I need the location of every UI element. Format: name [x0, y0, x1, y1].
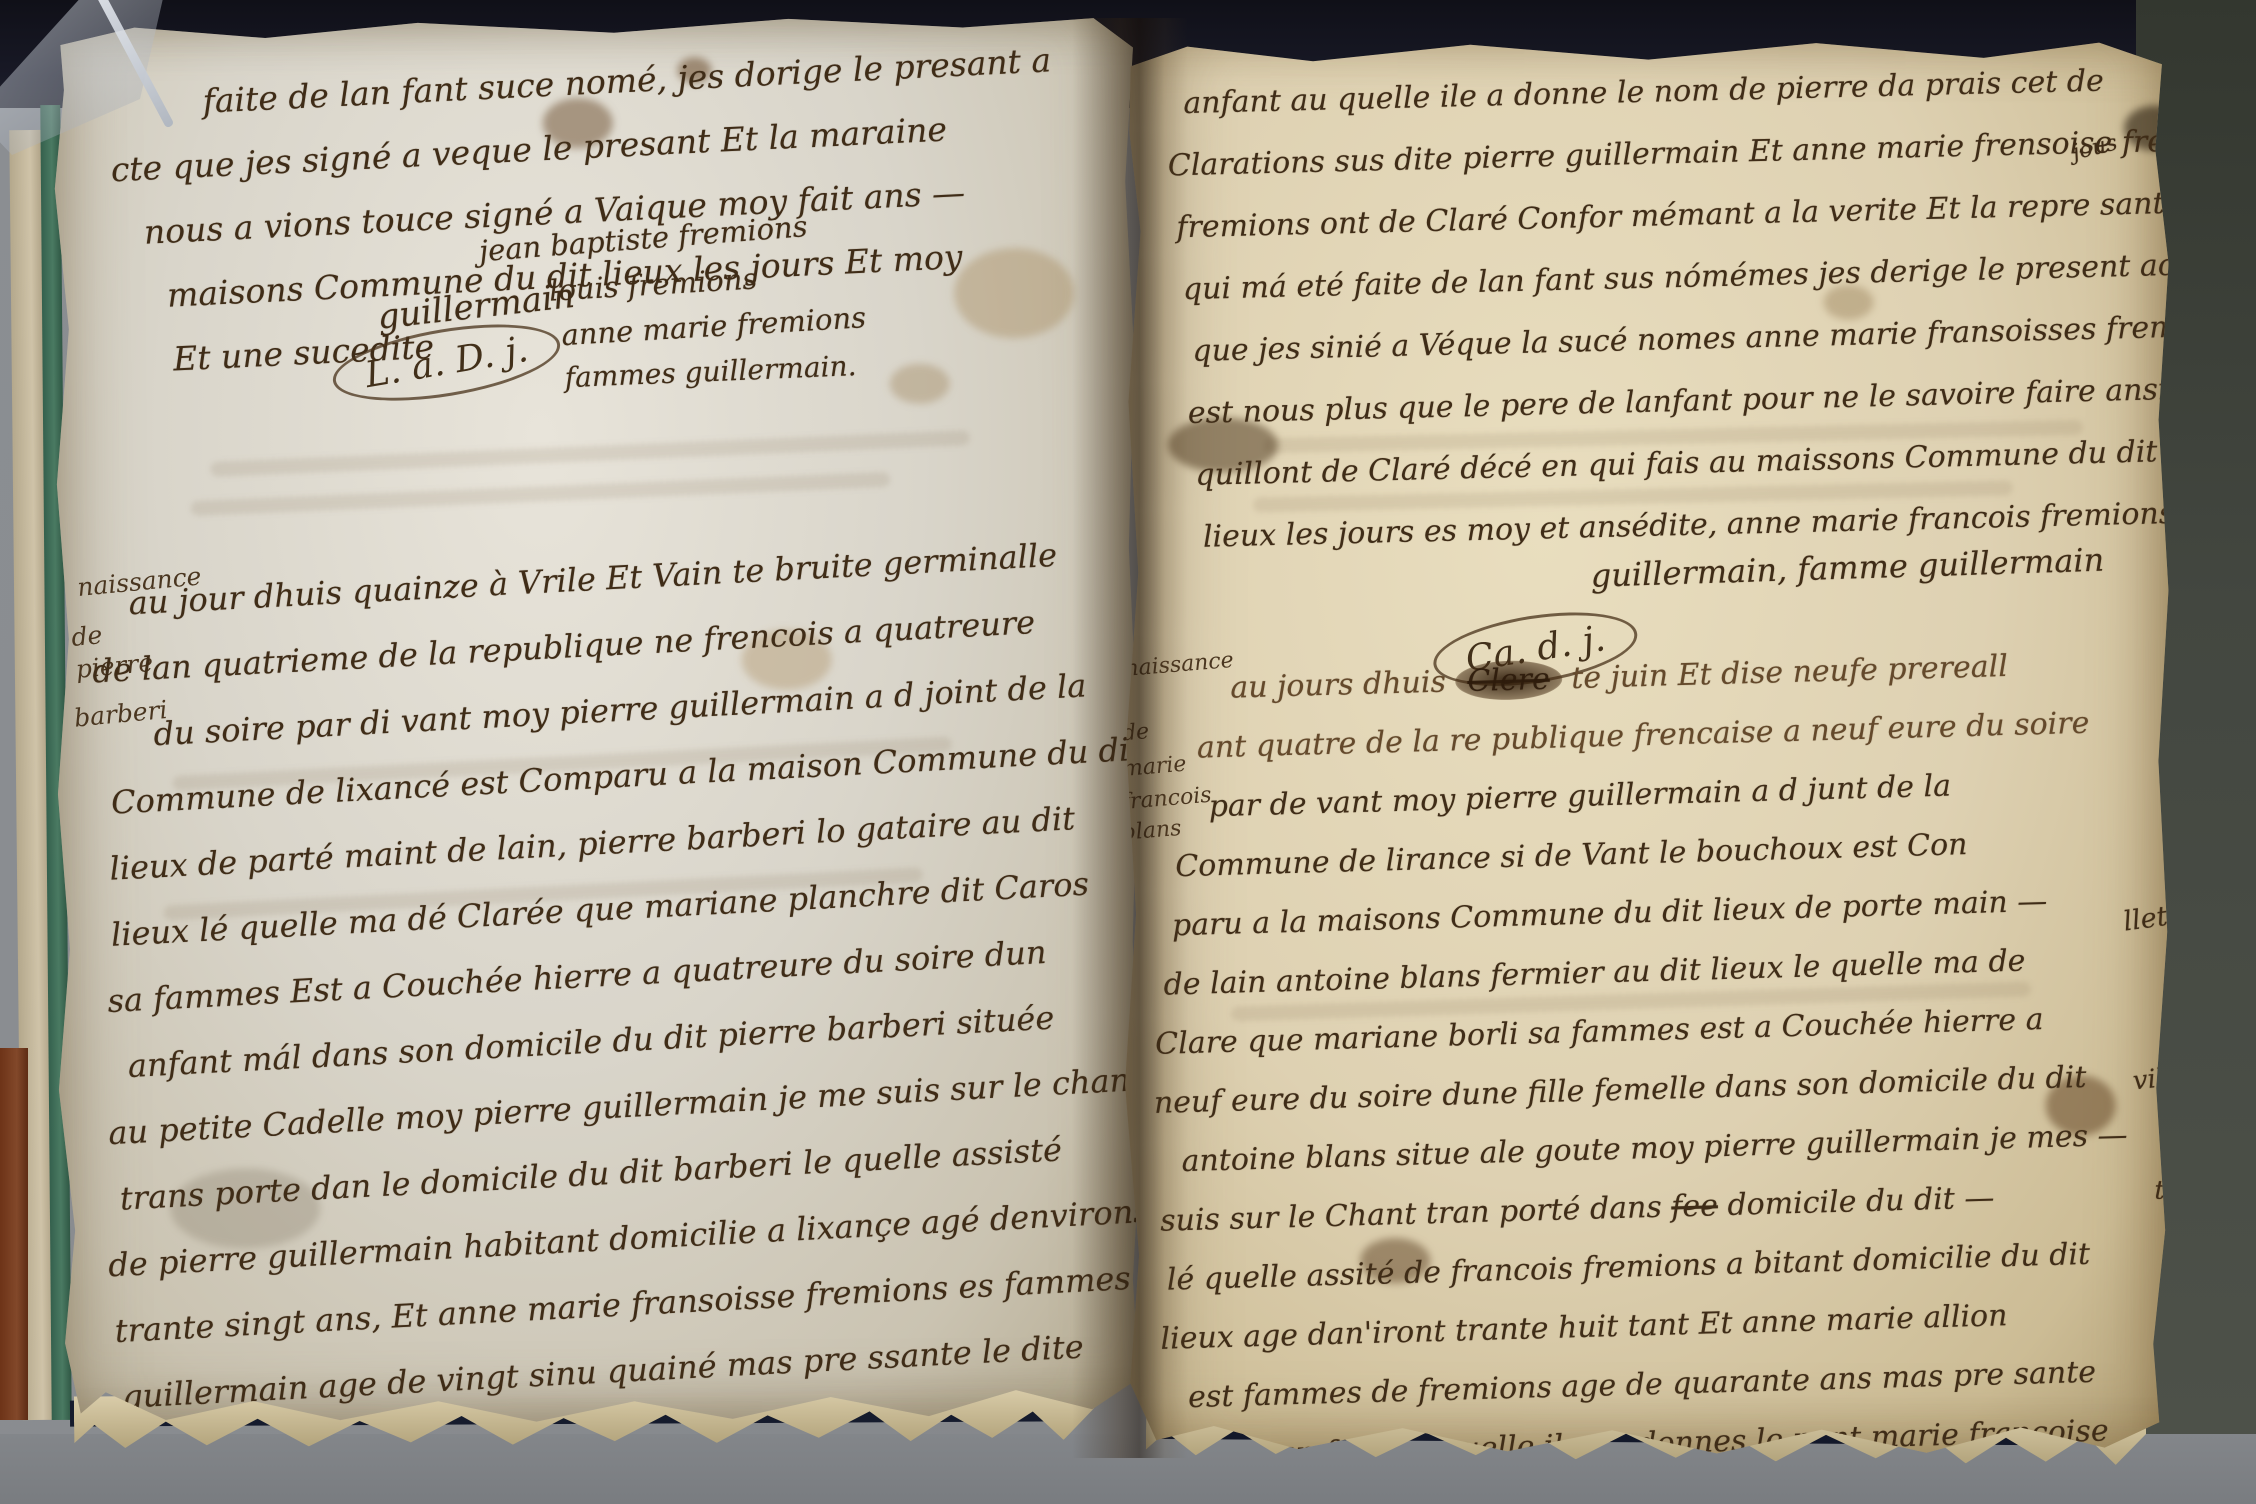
margin-note: marie — [1121, 752, 1187, 782]
stain — [890, 364, 950, 404]
line-prefix: au jours dhuis — [1230, 665, 1446, 706]
line-suffix: te juin Et dise neufe prereall — [1571, 649, 2008, 696]
photo-canvas: faite de lan fant suce nomé, jes dorige … — [0, 0, 2256, 1504]
left-page: faite de lan fant suce nomé, jes dorige … — [47, 12, 1147, 1428]
margin-note: naissance — [1123, 648, 1234, 682]
margin-note: francois — [1121, 783, 1213, 815]
right-page: anfant au quelle ile a donne le nom de p… — [1120, 32, 2173, 1458]
closing-paragraph-right: anfant au quelle ile a donne le nom de p… — [1178, 47, 2173, 569]
struck-word: fee — [1671, 1188, 1719, 1224]
ink-blot: Clere — [1455, 659, 1562, 701]
cover-leather-edge — [0, 1048, 28, 1420]
edge-note: llet — [2121, 901, 2169, 938]
line-prefix: suis sur le Chant tran porté dans — [1160, 1190, 1662, 1239]
birth-act-paragraph-right: au jours dhuis Clere te juin Et dise neu… — [1230, 634, 2137, 1458]
birth-act-paragraph: au jour dhuis quainze à Vrile Et Vain te… — [127, 518, 1147, 1427]
line-suffix: domicile du dit — — [1727, 1180, 1995, 1222]
